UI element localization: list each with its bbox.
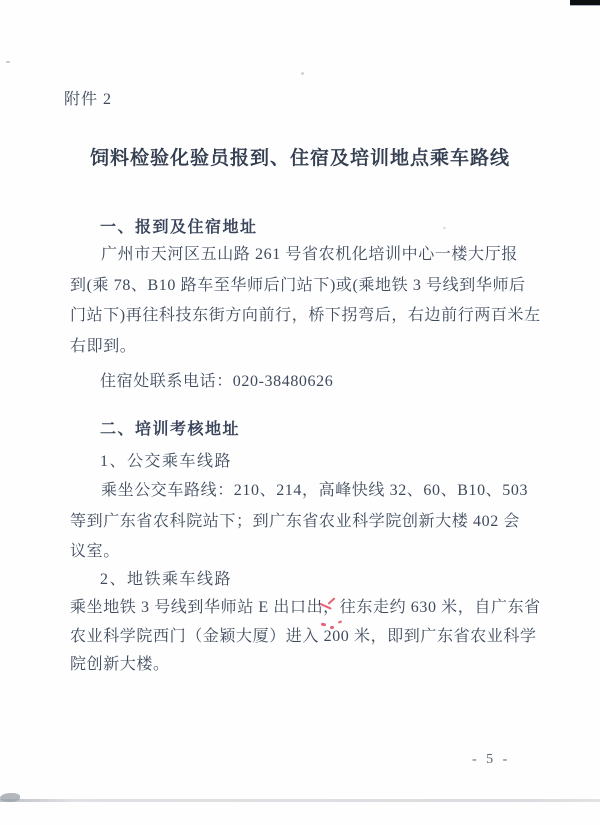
section1-paragraph: 广州市天河区五山路 261 号省农机化培训中心一楼大厅报 到(乘 78、B10 …	[70, 240, 538, 362]
section2-heading: 二、培训考核地址	[100, 416, 240, 439]
accommodation-phone-line: 住宿处联系电话：020-38480626	[100, 368, 333, 391]
paragraph-line: 乘坐公交车路线：210、214，高峰快线 32、60、B10、503	[70, 476, 538, 507]
metro-route-subheading: 2、地铁乘车线路	[100, 566, 232, 589]
scan-artifact-bottom-line	[0, 799, 600, 802]
scan-artifact-top-right	[570, 0, 600, 5]
document-page: 附件 2 饲料检验化验员报到、住宿及培训地点乘车路线 一、报到及住宿地址 广州市…	[0, 0, 600, 825]
document-title: 饲料检验化验员报到、住宿及培训地点乘车路线	[0, 143, 600, 170]
scan-artifact-bottom-left	[0, 793, 20, 802]
paragraph-line: 右即到。	[70, 332, 538, 363]
paragraph-line: 到(乘 78、B10 路车至华师后门站下)或(乘地铁 3 号线到华师后	[70, 271, 538, 302]
scan-speck	[6, 61, 10, 63]
scan-speck	[443, 227, 446, 229]
paragraph-line: 乘坐地铁 3 号线到华师站 E 出口出，往东走约 630 米，自广东省	[70, 594, 538, 623]
scan-speck	[301, 72, 304, 75]
paragraph-line: 广州市天河区五山路 261 号省农机化培训中心一楼大厅报	[70, 240, 538, 271]
paragraph-line: 等到广东省农科院站下；到广东省农业科学院创新大楼 402 会	[70, 507, 538, 538]
section1-heading: 一、报到及住宿地址	[100, 214, 258, 237]
attachment-label: 附件 2	[64, 86, 112, 109]
bus-route-paragraph: 乘坐公交车路线：210、214，高峰快线 32、60、B10、503 等到广东省…	[70, 476, 538, 568]
paragraph-line: 院创新大楼。	[70, 651, 538, 680]
paragraph-line: 议室。	[70, 537, 538, 568]
page-number: - 5 -	[472, 752, 510, 768]
metro-route-paragraph: 乘坐地铁 3 号线到华师站 E 出口出，往东走约 630 米，自广东省 农业科学…	[70, 594, 538, 680]
paragraph-line: 门站下)再往科技东街方向前行，桥下拐弯后，右边前行两百米左	[70, 301, 538, 332]
paragraph-line: 农业科学院西门（金颖大厦）进入 200 米，即到广东省农业科学	[70, 623, 538, 652]
bus-route-subheading: 1、公交乘车线路	[100, 448, 232, 471]
